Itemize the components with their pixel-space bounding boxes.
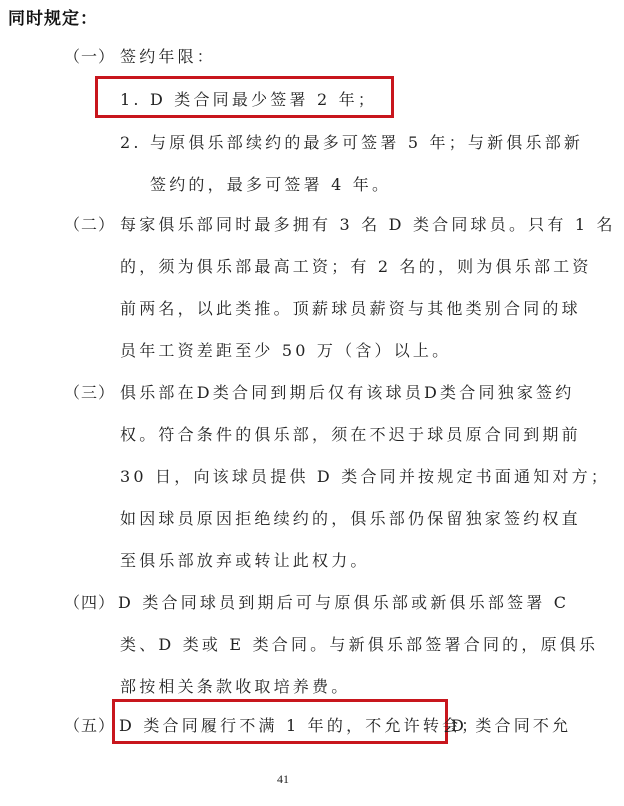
section-1-item-2-line-2: 签约的，最多可签署 4 年。 [150, 172, 391, 195]
section-3-line-2: 权。符合条件的俱乐部，须在不迟于球员原合同到期前 [120, 422, 581, 445]
section-1-item-1: 1. D 类合同最少签署 2 年； [120, 87, 377, 110]
section-number-5: （五） [64, 713, 115, 736]
section-4-line-1: D 类合同球员到期后可与原俱乐部或新俱乐部签署 C [118, 590, 569, 613]
section-2-line-3: 前两名，以此类推。顶薪球员薪资与其他类别合同的球 [120, 296, 581, 319]
section-2-line-4: 员年工资差距至少 50 万（含）以上。 [120, 338, 451, 361]
section-3-line-4: 如因球员原因拒绝续约的，俱乐部仍保留独家签约权直 [120, 506, 581, 529]
section-number-1: （一） [64, 44, 115, 67]
section-1-item-2-line-1: 2. 与原俱乐部续约的最多可签署 5 年；与新俱乐部新 [120, 130, 583, 153]
section-3-line-1: 俱乐部在D类合同到期后仅有该球员D类合同独家签约 [120, 380, 574, 403]
page-number: 41 [277, 772, 289, 787]
section-number-3: （三） [64, 380, 115, 403]
section-heading: 同时规定： [8, 4, 98, 29]
section-5-highlighted-text: D 类合同履行不满 1 年的，不允许转会； [119, 713, 480, 736]
section-5-rest-text: D 类合同不允 [451, 713, 571, 736]
section-3-line-5: 至俱乐部放弃或转让此权力。 [120, 548, 370, 571]
section-2-line-1: 每家俱乐部同时最多拥有 3 名 D 类合同球员。只有 1 名 [120, 212, 616, 235]
section-number-2: （二） [64, 212, 115, 235]
section-2-line-2: 的，须为俱乐部最高工资；有 2 名的，则为俱乐部工资 [120, 254, 592, 277]
section-1-title: 签约年限： [120, 44, 216, 67]
section-4-line-2: 类、D 类或 E 类合同。与新俱乐部签署合同的，原俱乐 [120, 632, 598, 655]
section-number-4: （四） [64, 590, 115, 613]
section-3-line-3: 30 日，向该球员提供 D 类合同并按规定书面通知对方； [120, 464, 610, 487]
section-4-line-3: 部按相关条款收取培养费。 [120, 674, 350, 697]
